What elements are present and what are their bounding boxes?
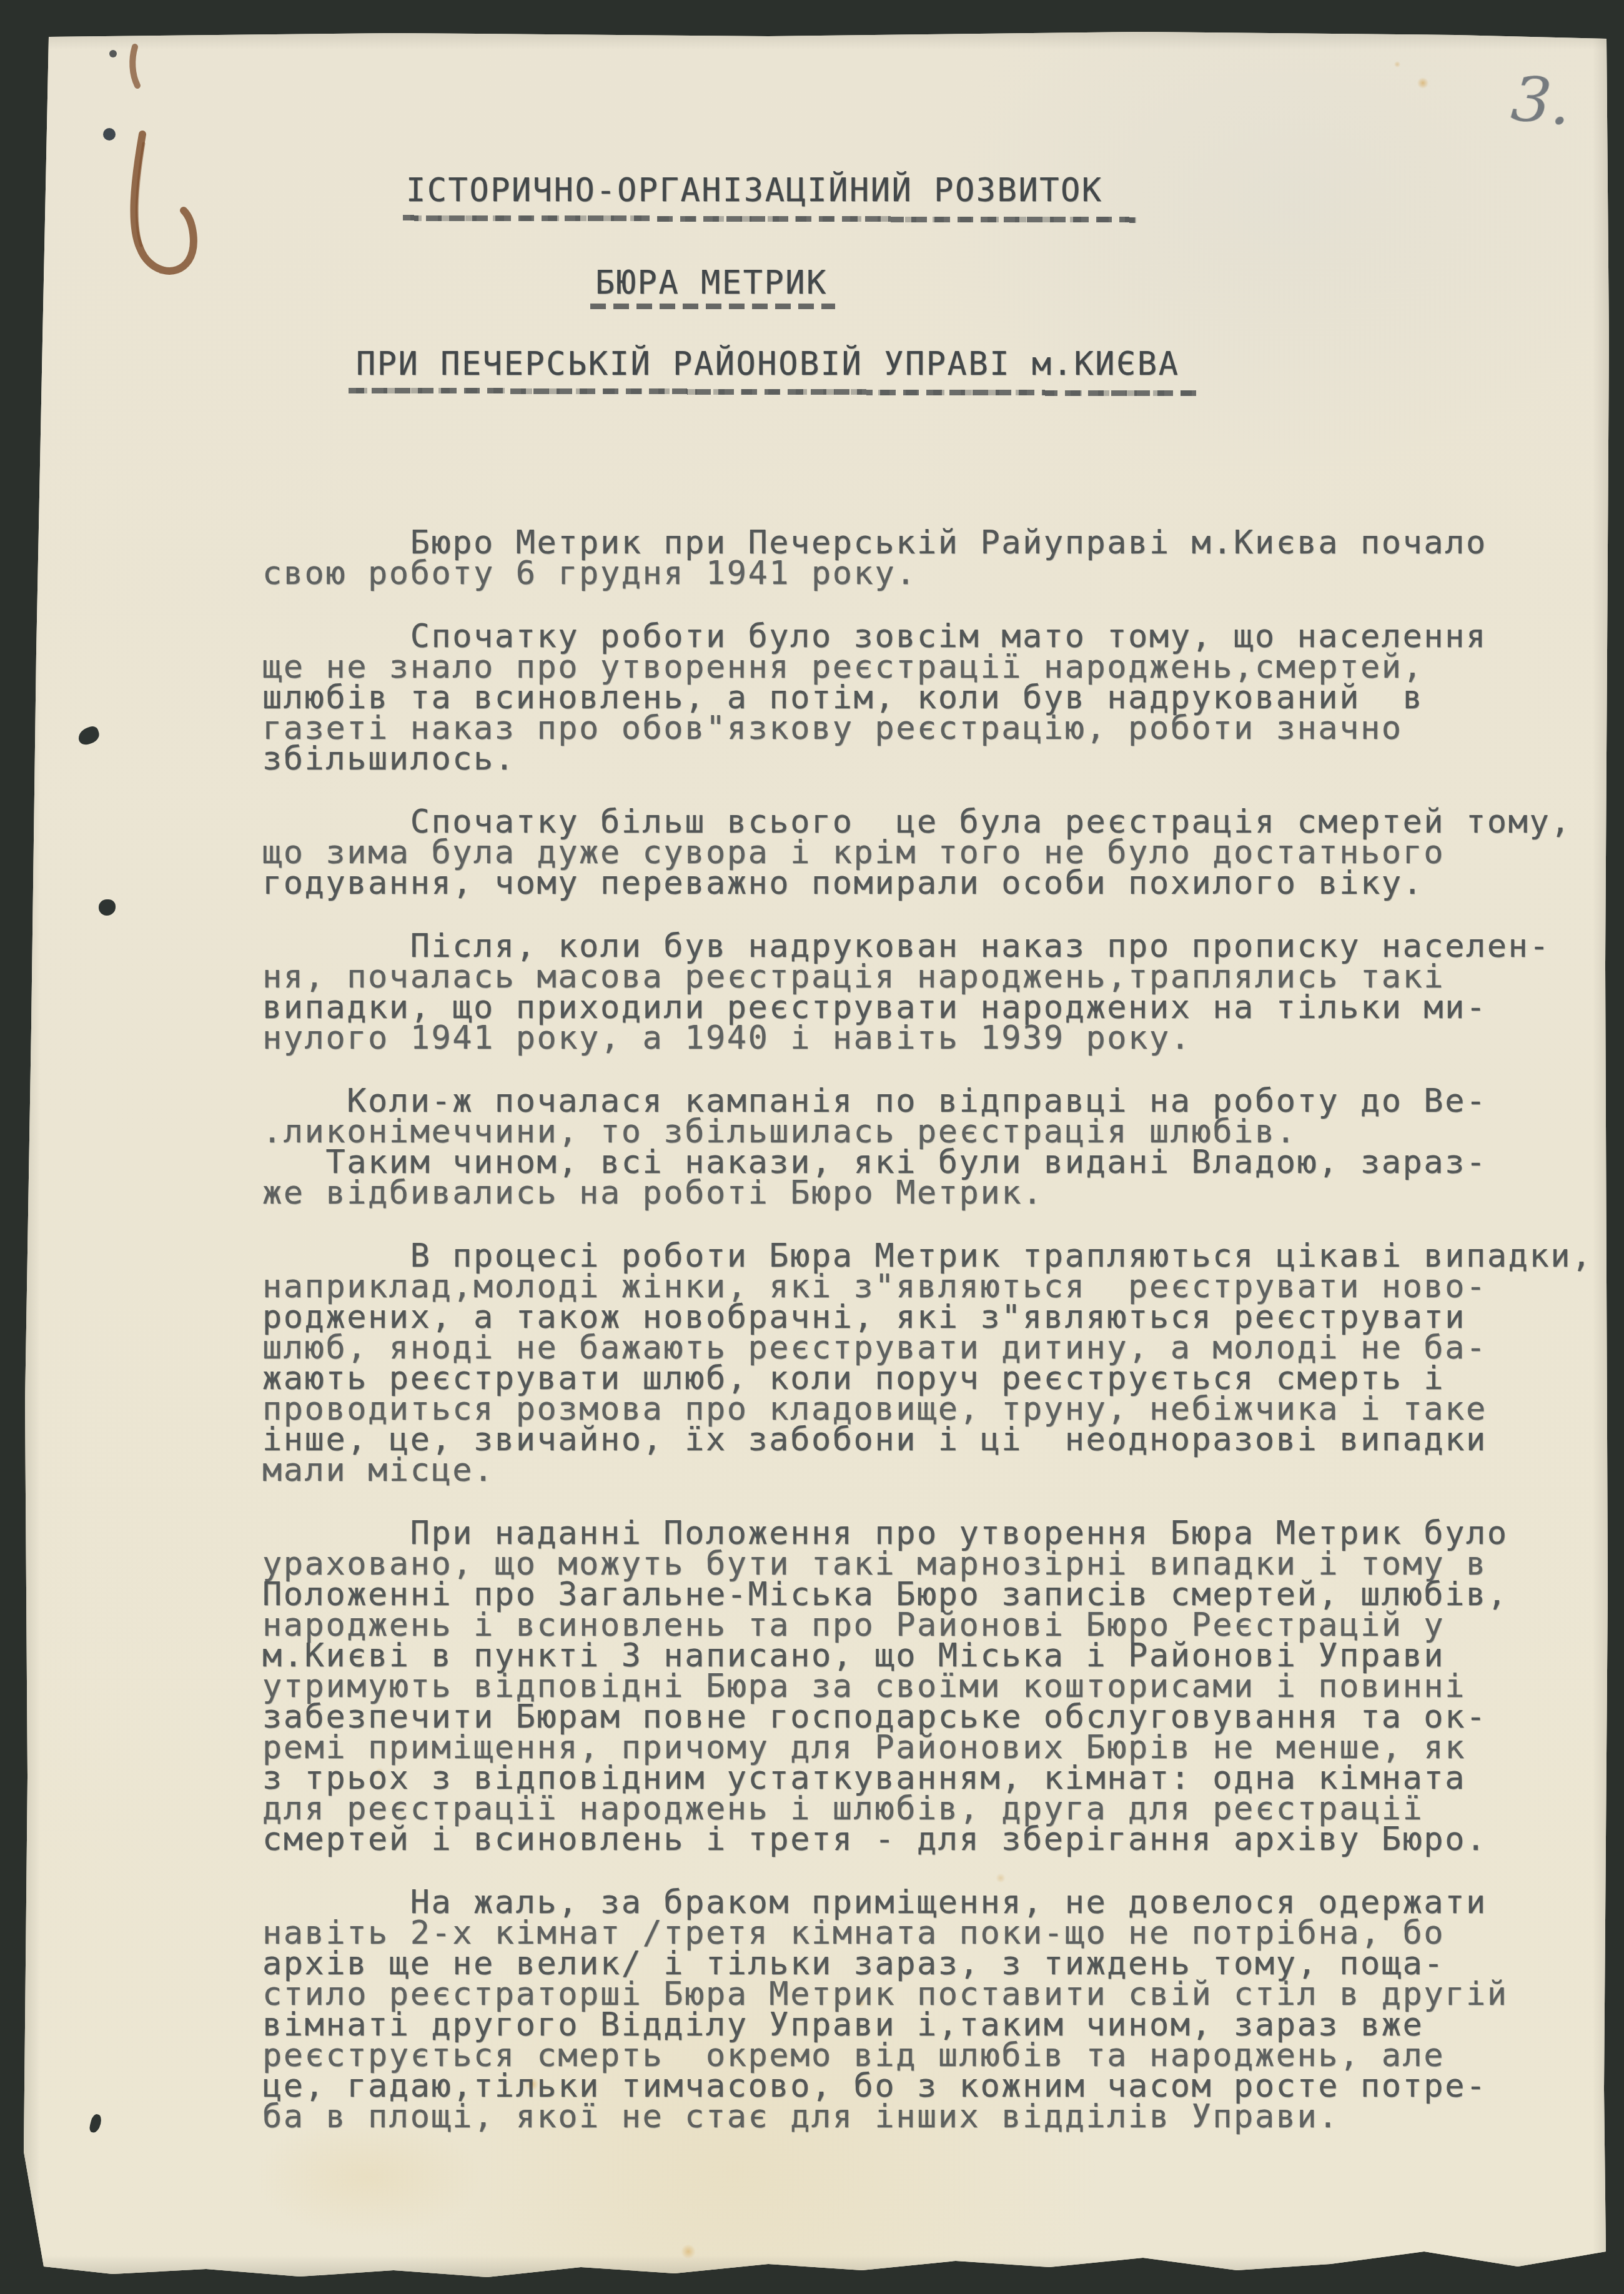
typed-line: .ликонімеччини, то збільшилась реєстраці… (262, 1117, 1583, 1147)
typed-line: ба в площі, якої не стає для інших відді… (262, 2102, 1583, 2132)
title-underline (349, 388, 1201, 397)
typed-line: м.Києві в пункті 3 написано, що Міська і… (262, 1641, 1583, 1671)
typed-line: проводиться розмова про кладовище, труну… (262, 1394, 1583, 1425)
document-title: ІСТОРИЧНО-ОРГАНІЗАЦІЙНИЙ РОЗВИТОК (406, 176, 1103, 206)
typed-line: Бюро Метрик при Печерській Райуправі м.К… (262, 528, 1583, 558)
typed-line: Таким чином, всі накази, які були видані… (262, 1147, 1583, 1178)
typed-line: випадки, що приходили реєструвати народж… (262, 992, 1583, 1023)
typed-line: На жаль, за браком приміщення, не довело… (262, 1887, 1583, 1918)
typed-line: Після, коли був надрукован наказ про про… (262, 931, 1583, 962)
typed-line: це, гадаю,тільки тимчасово, бо з кожним … (262, 2071, 1583, 2102)
typed-line: Коли-ж почалася кампанія по відправці на… (262, 1086, 1583, 1117)
paragraph: Спочатку більш всього це була реєстрація… (262, 807, 1583, 899)
typed-line: з трьох з відповідним устаткуванням, кім… (262, 1763, 1583, 1794)
typed-line: же відбивались на роботі Бюро Метрик. (262, 1178, 1583, 1209)
typed-line: шлюбів та всиновлень, а потім, коли був … (262, 683, 1583, 713)
document-subtitle-org: ПРИ ПЕЧЕРСЬКІЙ РАЙОНОВІЙ УПРАВІ м.КИЄВА (356, 349, 1179, 380)
ink-speck (109, 50, 117, 57)
typed-line: нулого 1941 року, а 1940 і навіть 1939 р… (262, 1023, 1583, 1054)
typed-line: що зима була дуже сувора і крім того не … (262, 838, 1583, 868)
paragraph: На жаль, за браком приміщення, не довело… (262, 1887, 1583, 2132)
typed-line: ремі приміщення, причому для Районових Б… (262, 1733, 1583, 1763)
ink-speck (103, 128, 116, 141)
typed-line: реєструється смерть окремо від шлюбів та… (262, 2040, 1583, 2071)
typed-line: стило реєстраторші Бюра Метрик поставити… (262, 1979, 1583, 2010)
typed-line: народжень і всиновлень та про Районові Б… (262, 1610, 1583, 1641)
typed-line: ня, почалась масова реєстрація народжень… (262, 962, 1583, 992)
title-underline (590, 304, 835, 309)
typed-line: навіть 2-х кімнат /третя кімната поки-що… (262, 1918, 1583, 1949)
typed-line: ще не знало про утворення реєстрації нар… (262, 652, 1583, 683)
typed-line: вімнаті другого Відділу Управи і,таким ч… (262, 2010, 1583, 2040)
document-page: 3. ІСТОРИЧНО-ОРГАНІЗАЦІЙНИЙ РОЗВИТОК БЮР… (19, 28, 1609, 2284)
typed-line: мали місце. (262, 1455, 1583, 1486)
typed-line: ураховано, що можуть бути такі марнозірн… (262, 1549, 1583, 1580)
paper-speck (76, 724, 101, 746)
paragraph: Спочатку роботи було зовсім мато тому, щ… (262, 621, 1583, 774)
typed-line: Спочатку роботи було зовсім мато тому, щ… (262, 621, 1583, 652)
typed-line: газеті наказ про обов"язкову реєстрацію,… (262, 713, 1583, 744)
document-subtitle: БЮРА МЕТРИК (595, 268, 828, 299)
typed-line: для реєстрації народжень і шлюбів, друга… (262, 1794, 1583, 1824)
paragraph: Бюро Метрик при Печерській Райуправі м.К… (262, 528, 1583, 589)
paragraph: В процесі роботи Бюра Метрик трапляються… (262, 1241, 1583, 1486)
page-number: 3. (1508, 62, 1574, 140)
typed-line: шлюб, яноді не бажають реєструвати дитин… (262, 1333, 1583, 1363)
typed-line: збільшилось. (262, 744, 1583, 774)
paper-speck (89, 2114, 103, 2134)
typed-line: годування, чому переважно помирали особи… (262, 868, 1583, 899)
typed-line: архів ще не велик/ і тільки зараз, з тиж… (262, 1949, 1583, 1979)
typed-line: інше, це, звичайно, їх забобони і ці нео… (262, 1425, 1583, 1455)
typed-line: забезпечити Бюрам повне господарське обс… (262, 1702, 1583, 1733)
typed-line: наприклад,молоді жінки, які з"являються … (262, 1272, 1583, 1302)
typed-line: роджених, а також новобрачні, які з"явля… (262, 1302, 1583, 1333)
typed-line: Положенні про Загальне-Міська Бюро запис… (262, 1580, 1583, 1610)
typed-line: В процесі роботи Бюра Метрик трапляються… (262, 1241, 1583, 1272)
typed-line: смертей і всиновлень і третя - для збері… (262, 1824, 1583, 1855)
paragraph: При наданні Положення про утворення Бюра… (262, 1518, 1583, 1855)
typed-line: утримують відповідні Бюра за своїми кошт… (262, 1671, 1583, 1702)
typed-line: При наданні Положення про утворення Бюра… (262, 1518, 1583, 1549)
typed-body: Бюро Метрик при Печерській Райуправі м.К… (262, 528, 1583, 2132)
typed-line: свою роботу 6 грудня 1941 року. (262, 558, 1583, 589)
typed-line: жають реєструвати шлюб, коли поруч реєст… (262, 1363, 1583, 1394)
paper-speck (99, 899, 116, 916)
paragraph: Коли-ж почалася кампанія по відправці на… (262, 1086, 1583, 1209)
typed-line: Спочатку більш всього це була реєстрація… (262, 807, 1583, 838)
title-underline (403, 215, 1137, 222)
paragraph: Після, коли був надрукован наказ про про… (262, 931, 1583, 1054)
handwritten-ink-mark (94, 28, 237, 315)
